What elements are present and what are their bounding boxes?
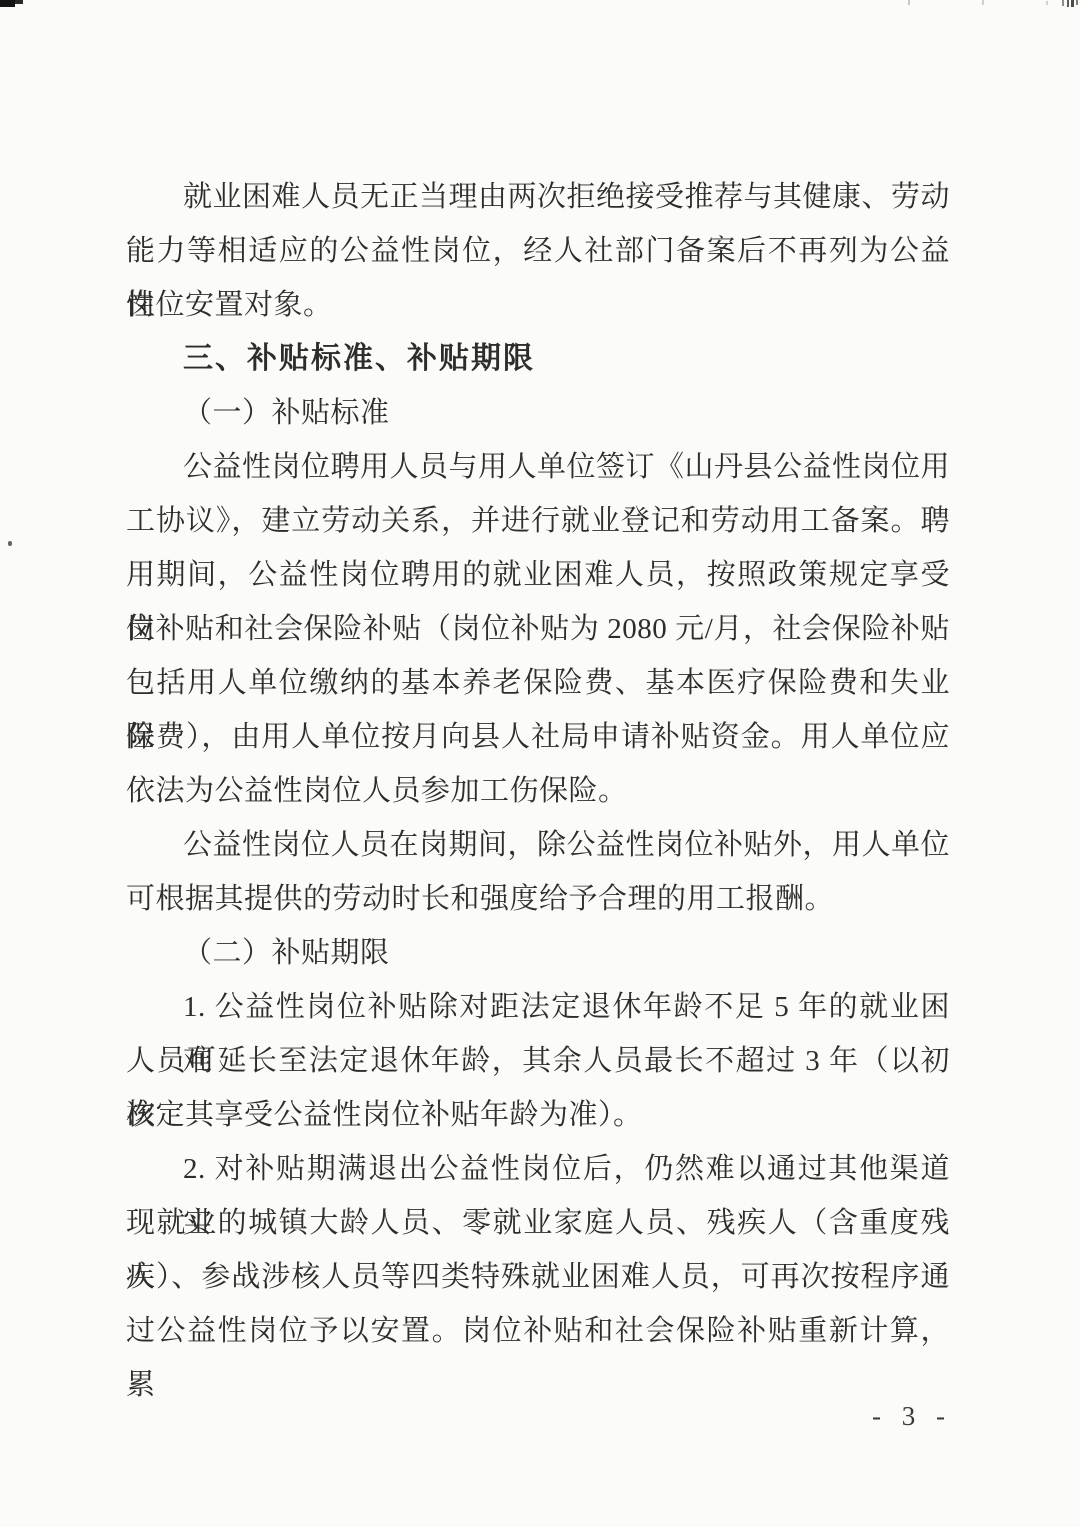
scan-dot-left-margin [8, 541, 12, 546]
text-line: 人员可延长至法定退休年龄，其余人员最长不超过 3 年（以初次 [126, 1034, 950, 1088]
paragraph-intro: 就业困难人员无正当理由两次拒绝接受推荐与其健康、劳动 能力等相适应的公益性岗位，… [126, 170, 950, 332]
text-line: 岗位安置对象。 [126, 278, 950, 332]
text-line: 依法为公益性岗位人员参加工伤保险。 [126, 764, 950, 818]
scan-mark-top-right-1 [1062, 0, 1064, 6]
text-line: 公益性岗位人员在岗期间，除公益性岗位补贴外，用人单位 [126, 818, 950, 872]
scan-mark-top-left-small [15, 0, 23, 4]
text-line: 人）、参战涉核人员等四类特殊就业困难人员，可再次按程序通 [126, 1250, 950, 1304]
text-line: 1. 公益性岗位补贴除对距法定退休年龄不足 5 年的就业困难 [126, 980, 950, 1034]
scan-tick-top-2 [982, 0, 984, 5]
text-line: 能力等相适应的公益性岗位，经人社部门备案后不再列为公益性 [126, 224, 950, 278]
scan-mark-top-right-4 [1076, 0, 1078, 5]
text-line: 用期间，公益性岗位聘用的就业困难人员，按照政策规定享受岗 [126, 548, 950, 602]
text-line: 就业困难人员无正当理由两次拒绝接受推荐与其健康、劳动 [126, 170, 950, 224]
paragraph-subsidy-standard: 公益性岗位聘用人员与用人单位签订《山丹县公益性岗位用 工协议》，建立劳动关系，并… [126, 440, 950, 818]
text-line: 现就业的城镇大龄人员、零就业家庭人员、残疾人（含重度残疾 [126, 1196, 950, 1250]
text-line: 公益性岗位聘用人员与用人单位签订《山丹县公益性岗位用 [126, 440, 950, 494]
text-line: 过公益性岗位予以安置。岗位补贴和社会保险补贴重新计算，累 [126, 1304, 950, 1358]
scan-tick-top-3 [1046, 1, 1048, 5]
paragraph-labor-pay: 公益性岗位人员在岗期间，除公益性岗位补贴外，用人单位 可根据其提供的劳动时长和强… [126, 818, 950, 926]
text-line: 位补贴和社会保险补贴（岗位补贴为 2080 元/月，社会保险补贴 [126, 602, 950, 656]
text-line: 包括用人单位缴纳的基本养老保险费、基本医疗保险费和失业保 [126, 656, 950, 710]
scan-mark-top-right-3 [1071, 0, 1074, 7]
list-item-2: 2. 对补贴期满退出公益性岗位后，仍然难以通过其他渠道实 现就业的城镇大龄人员、… [126, 1142, 950, 1358]
section-heading-3: 三、补贴标准、补贴期限 [126, 332, 950, 386]
text-line: 核定其享受公益性岗位补贴年龄为准）。 [126, 1088, 950, 1142]
scan-mark-top-right-2 [1067, 0, 1069, 7]
scan-tick-top-1 [908, 0, 910, 5]
text-line: 工协议》，建立劳动关系，并进行就业登记和劳动用工备案。聘 [126, 494, 950, 548]
scanned-document-page: { "content": { "paragraph_1": { "lines":… [0, 0, 1080, 1527]
text-line: 险费），由用人单位按月向县人社局申请补贴资金。用人单位应 [126, 710, 950, 764]
text-line: 2. 对补贴期满退出公益性岗位后，仍然难以通过其他渠道实 [126, 1142, 950, 1196]
document-text-block: 就业困难人员无正当理由两次拒绝接受推荐与其健康、劳动 能力等相适应的公益性岗位，… [126, 170, 950, 1358]
subsection-heading-2: （二）补贴期限 [126, 926, 950, 980]
list-item-1: 1. 公益性岗位补贴除对距法定退休年龄不足 5 年的就业困难 人员可延长至法定退… [126, 980, 950, 1142]
subsection-heading-1: （一）补贴标准 [126, 386, 950, 440]
text-line: 可根据其提供的劳动时长和强度给予合理的用工报酬。 [126, 872, 950, 926]
page-number: - 3 - [872, 1396, 952, 1436]
scan-mark-top-left [0, 0, 15, 7]
